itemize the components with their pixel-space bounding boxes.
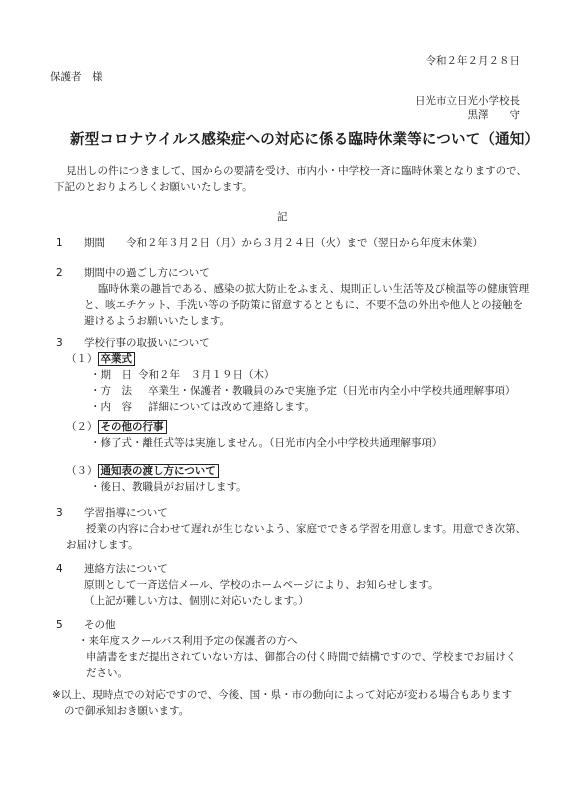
section-4-line-2: （上記が難しい方は、個別に対応いたします。） (84, 594, 309, 609)
item-value: 令和２年 ３月１９日（木） (138, 369, 275, 381)
subsection-other-events: （２）その他の行事 (66, 420, 167, 435)
section-number: 2 (56, 266, 84, 281)
subsection-number: （１） (66, 353, 98, 365)
section-2-heading: 2期間中の過ごし方について (56, 266, 210, 281)
item-value: 詳細については改めて連絡します。 (148, 401, 315, 413)
section-number: 3 (56, 506, 84, 521)
section-learning-line-1: 授業の内容に合わせて遅れが生じないよう、家庭でできる学習を用意します。用意でき次… (86, 522, 526, 537)
section-heading: 期間中の過ごし方について (84, 267, 210, 279)
intro-line-2: 下記のとおりよろしくお願いいたします。 (54, 180, 253, 195)
section-learning-line-2: お届けします。 (66, 538, 139, 553)
item-value: 卒業生・保護者・教職員のみで実施予定（日光市内全小中学校共通理解事項） (148, 385, 516, 397)
section-4-line-1: 原則として一斉送信メール、学校のホームページにより、お知らせします。 (84, 578, 439, 593)
subsection-heading-boxed: 卒業式 (98, 352, 136, 366)
section-4-heading: 4連絡方法について (56, 562, 168, 577)
other-events-item: ・修了式・離任式等は実施しません。（日光市内全小中学校共通理解事項） (90, 436, 442, 451)
section-heading: 学校行事の取扱いについて (84, 337, 210, 349)
recipient: 保護者 様 (50, 70, 103, 85)
section-1: 1期間令和２年３月２日（月）から３月２４日（火）まで（翌日から年度末休業） (56, 236, 483, 251)
intro-line-1: 見出しの件につきまして、国からの要請を受け、市内小・中学校一斉に臨時休業となりま… (66, 164, 527, 179)
section-3-heading: 3学校行事の取扱いについて (56, 336, 210, 351)
section-number: 3 (56, 336, 84, 351)
item-label: ・方 法 (90, 384, 148, 399)
section-number: 4 (56, 562, 84, 577)
graduation-date-row: ・期 日令和２年 ３月１９日（木） (90, 368, 275, 383)
closing-note-line-2: ので御承知おき願います。 (64, 704, 189, 719)
section-5-line-3: ださい。 (86, 666, 128, 681)
sender-name: 黒澤 守 (468, 108, 521, 123)
section-heading: その他 (84, 619, 116, 631)
section-heading: 学習指導について (84, 507, 168, 519)
section-5-heading: 5その他 (56, 618, 116, 633)
document-date: 令和２年２月２８日 (426, 54, 521, 69)
item-label: ・内 容 (90, 400, 148, 415)
period-text: 令和２年３月２日（月）から３月２４日（火）まで（翌日から年度末休業） (126, 237, 483, 249)
section-2-line-3: 避けるようお願いいたします。 (84, 314, 230, 329)
section-learning-heading: 3学習指導について (56, 506, 168, 521)
section-5-line-1: ・来年度スクールバス利用予定の保護者の方へ (78, 634, 298, 649)
section-number: 5 (56, 618, 84, 633)
section-number: 1 (56, 236, 84, 251)
section-2-line-2: と、咳エチケット、手洗い等の予防策に留意するとともに、不要不急の外出や他人との接… (84, 298, 523, 313)
section-5-line-2: 申請書をまだ提出されていない方は、御都合の付く時間で結構ですので、学校までお届け… (86, 650, 516, 665)
subsection-graduation: （１）卒業式 (66, 352, 135, 367)
section-heading: 期間 (84, 236, 126, 251)
graduation-method-row: ・方 法卒業生・保護者・教職員のみで実施予定（日光市内全小中学校共通理解事項） (90, 384, 516, 399)
subsection-report-card: （３）通知表の渡し方について (66, 464, 219, 479)
report-card-item: ・後日、教職員がお届けします。 (90, 480, 247, 495)
graduation-content-row: ・内 容詳細については改めて連絡します。 (90, 400, 315, 415)
section-heading: 連絡方法について (84, 563, 168, 575)
closing-note-line-1: ※以上、現時点での対応ですので、今後、国・県・市の動向によって対応が変わる場合も… (52, 688, 512, 703)
item-label: ・期 日 (90, 368, 138, 383)
section-2-line-1: 臨時休業の趣旨である、感染の拡大防止をふまえ、規則正しい生活等及び検温等の健康管… (98, 282, 529, 297)
subsection-number: （３） (66, 465, 98, 477)
document-title: 新型コロナウイルス感染症への対応に係る臨時休業等について（通知） (70, 132, 539, 147)
subsection-heading-boxed: 通知表の渡し方について (98, 464, 219, 478)
ki-marker: 記 (277, 210, 288, 225)
subsection-number: （２） (66, 421, 98, 433)
subsection-heading-boxed: その他の行事 (98, 420, 167, 434)
sender-organization: 日光市立日光小学校長 (415, 94, 520, 109)
